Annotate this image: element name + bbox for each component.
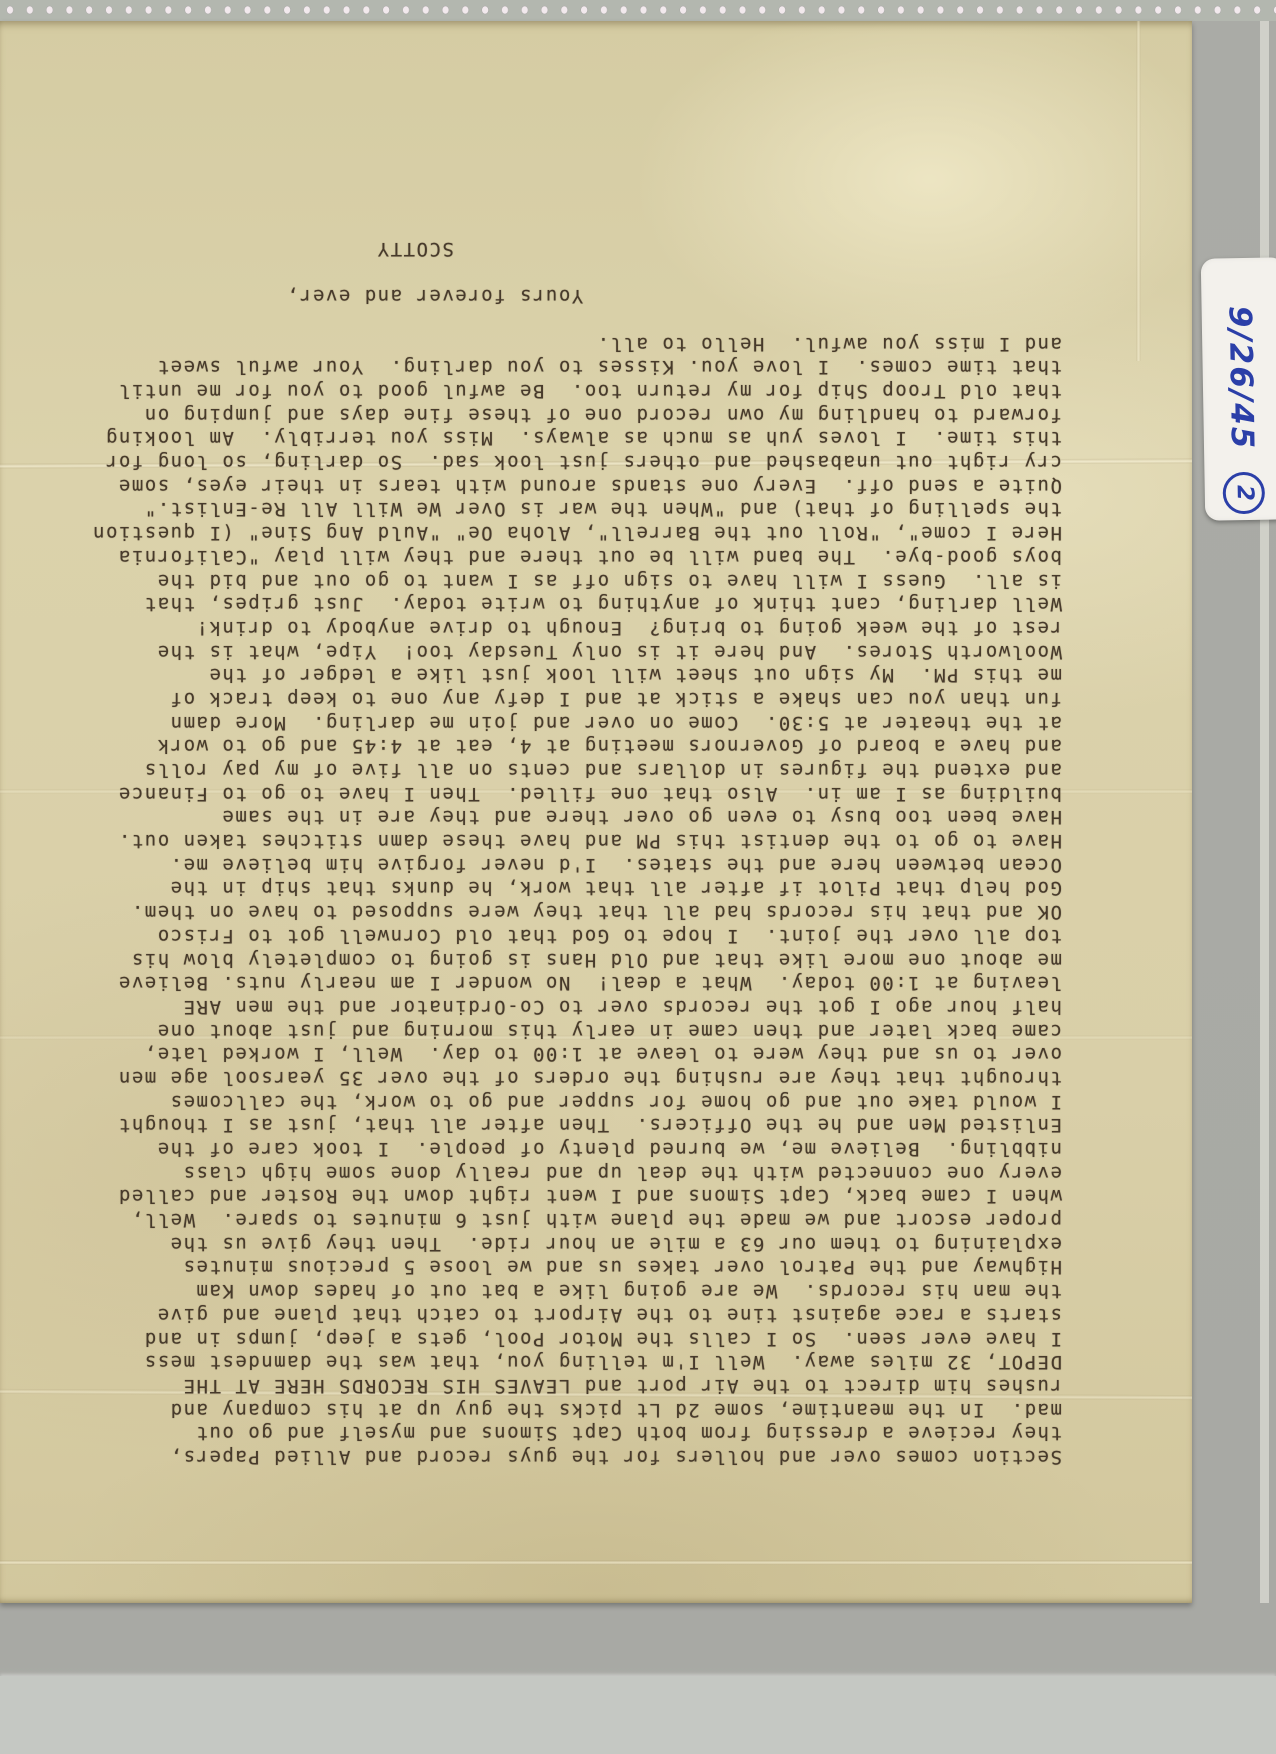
typed-line: fun than you can shake a stick at and I …: [62, 686, 1062, 710]
archive-label-date: 9/26/45: [1219, 278, 1262, 479]
typed-line: God help that Pilot if after all that wo…: [62, 876, 1062, 900]
scanner-mat-lower-band: [0, 1676, 1276, 1754]
typed-line: me about one more like that and Old Hans…: [62, 947, 1062, 971]
scan-background: Section comes over and hollers for the g…: [0, 0, 1276, 1754]
typed-line: boys good-bye. The band will be out ther…: [62, 544, 1062, 568]
typed-line: OK and that his records had all that the…: [62, 900, 1062, 924]
typed-line: Enlisted Men and he the Officers. Then a…: [62, 1113, 1062, 1137]
typed-line: Section comes over and hollers for the g…: [62, 1444, 1062, 1468]
typed-line: DEPOT, 32 miles away. Well I'm telling y…: [62, 1350, 1062, 1374]
typed-line: that time comes. I love you. Kisses to y…: [62, 355, 1062, 379]
letter-paper: Section comes over and hollers for the g…: [0, 21, 1192, 1603]
typed-line: starts a race against tine to the Airpor…: [62, 1302, 1062, 1326]
typed-line: that old Troop Ship for my return too. B…: [62, 378, 1062, 402]
typed-line: came back later and then came in early t…: [62, 1018, 1062, 1042]
typed-line: explaining to them our 63 a mile an hour…: [62, 1231, 1062, 1255]
typed-line: Well darling, cant think of anything to …: [62, 592, 1062, 616]
archive-label: 9/26/45 2: [1201, 257, 1276, 520]
typed-line: Woolworth Stores. And here it is only Tu…: [62, 639, 1062, 663]
typed-line: they recieve a dressing from both Capt S…: [62, 1421, 1062, 1445]
typed-line: rushes him direct to the Air port and LE…: [62, 1373, 1062, 1397]
typed-line: at the theater at 5:30. Come on over and…: [62, 710, 1062, 734]
typed-line: proper escort and we made the plane with…: [62, 1207, 1062, 1231]
upside-down-letter: Section comes over and hollers for the g…: [0, 21, 1192, 1603]
typed-line: half hour ago I got the records over to …: [62, 994, 1062, 1018]
typed-line: rest of the week going to bring? Enough …: [62, 615, 1062, 639]
typed-line: every one connected with the deal up and…: [62, 1160, 1062, 1184]
typed-line: [62, 307, 1062, 331]
typed-line: when I came back, Capt Simons and I went…: [62, 1184, 1062, 1208]
typed-line: [62, 260, 1062, 284]
typed-line: Quite a send off. Every one stands aroun…: [62, 473, 1062, 497]
typed-line: forward to handling my own record one of…: [62, 402, 1062, 426]
typed-line: this time. I loves yuh as much as always…: [62, 426, 1062, 450]
typed-line: cry right out unabashed and others just …: [62, 449, 1062, 473]
typed-line: and extend the figures in dollars and ce…: [62, 757, 1062, 781]
typed-line: throught that they are rushing the order…: [62, 1065, 1062, 1089]
typed-line: nibbling. Believe me, we burned plenty o…: [62, 1136, 1062, 1160]
typed-line: building as I am in. Also that one fille…: [62, 781, 1062, 805]
typed-line: SCOTTY: [62, 236, 1062, 260]
typed-line: and I miss you awful. Hello to all.: [62, 331, 1062, 355]
typed-line: the spelling of that) and "When the war …: [62, 497, 1062, 521]
typed-line: Yours forever and ever,: [62, 284, 1062, 308]
typed-line: I have ever seen. So I calls the Motor P…: [62, 1326, 1062, 1350]
typed-line: the man his records. We are going like a…: [62, 1279, 1062, 1303]
typed-line: top all over the joint. I hope to God th…: [62, 923, 1062, 947]
typed-letter-text: Section comes over and hollers for the g…: [62, 236, 1062, 1468]
perforated-film-edge-strip: [0, 0, 1276, 21]
archive-label-page-number: 2: [1222, 472, 1265, 515]
typed-line: I would take out and go home for supper …: [62, 1089, 1062, 1113]
typed-line: me this PM. My sign out sheet will look …: [62, 663, 1062, 687]
typed-line: over to us and they were to leave at 1:0…: [62, 1042, 1062, 1066]
typed-line: Here I come", "Roll out the Barrell", Al…: [62, 521, 1062, 545]
typed-line: Have to go to the dentist this PM and ha…: [62, 828, 1062, 852]
typed-line: is all. Guess I will have to sign off as…: [62, 568, 1062, 592]
typed-line: Highway and the Patrol over takes us and…: [62, 1255, 1062, 1279]
typed-line: and have a board of Governors meeting at…: [62, 734, 1062, 758]
typed-line: leaving at 1:00 today. What a deal! No w…: [62, 971, 1062, 995]
typed-line: Have been too busy to even go over there…: [62, 805, 1062, 829]
typed-line: Ocean between here and the states. I'd n…: [62, 852, 1062, 876]
typed-line: mad. In the meantime, some 2d Lt picks t…: [62, 1397, 1062, 1421]
